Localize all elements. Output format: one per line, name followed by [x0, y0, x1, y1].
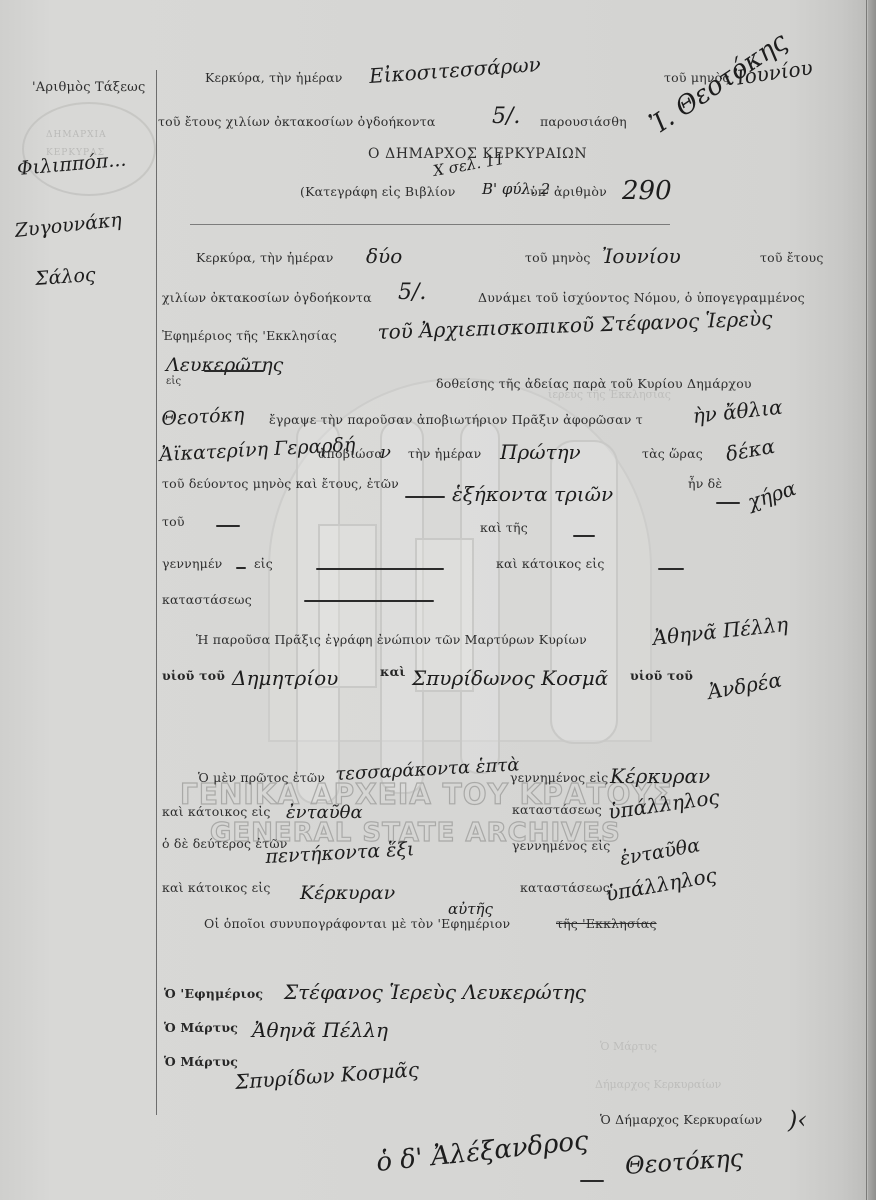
- body-day-label: τὴν ἡμέραν: [408, 446, 481, 461]
- first-witness-occupation-label: καταστάσεως: [512, 802, 602, 817]
- priest-signature: Στέφανος Ἱερεὺς Λευκερώτης: [284, 980, 586, 1004]
- body-age-hand: ἑξήκοντα τριῶν: [452, 482, 613, 506]
- body-deceased-suffix: ν: [380, 442, 391, 463]
- body-status-hand: χήρα: [745, 476, 799, 514]
- body-resident-label: καὶ κάτοικος εἰς: [496, 556, 605, 571]
- mayor-signature-2: Θεοτόκης: [624, 1144, 744, 1180]
- first-witness-resident-hand: ἐνταῦθα: [286, 802, 363, 823]
- body-born-label: γεννημέν: [162, 556, 222, 571]
- body-hours-hand: δέκα: [724, 434, 777, 466]
- header-place-line: Κερκύρα, τὴν ἡμέραν: [205, 70, 343, 85]
- first-witness-resident-label: καὶ κάτοικος εἰς: [162, 804, 271, 819]
- body-month-hand: Ἰουνίου: [602, 244, 681, 268]
- header-day-hand: Εἰκοσιτεσσάρων: [368, 52, 541, 88]
- first-witness-age-label: Ὁ μὲν πρῶτος ἐτῶν: [198, 770, 325, 785]
- second-witness-resident-label: καὶ κάτοικος εἰς: [162, 880, 271, 895]
- body-year-hand: 5/.: [398, 280, 426, 305]
- priest-signature-label: Ὁ 'Εφημέριος: [164, 986, 263, 1001]
- cosign-text: Οἱ ὁποῖοι συνυπογράφονται μὲ τὸν 'Εφημέρ…: [204, 916, 510, 931]
- dash-stroke: [573, 535, 595, 537]
- body-hand-right-5: ὴν ἄθλια: [691, 395, 783, 428]
- dash-stroke: [405, 496, 445, 498]
- witness2-signature: Σπυρίδων Κοσμᾶς: [234, 1057, 419, 1094]
- body-priest-label: Ἐφημέριος τῆς 'Εκκλησίας: [162, 328, 337, 343]
- body-law-text: Δυνάμει τοῦ ἰσχύοντος Νόμου, ὁ ὑπογεγραμ…: [478, 290, 805, 305]
- mayor-signature-label: Ὁ Δήμαρχος Κερκυραίων: [600, 1112, 762, 1127]
- body-hours-label: τὰς ὥρας: [642, 446, 703, 461]
- dash-stroke: [580, 1180, 604, 1182]
- body-born-in-label: εἰς: [254, 556, 273, 571]
- body-son-of-label-2: υἱοῦ τοῦ: [630, 668, 693, 683]
- witness2-signature-label: Ὁ Μάρτυς: [164, 1054, 238, 1069]
- dash-stroke: [304, 600, 434, 602]
- margin-handwritten-2: Ζυγουνάκη: [14, 209, 123, 242]
- body-year-label: τοῦ ἔτους: [760, 250, 824, 265]
- body-father-label: τοῦ: [162, 514, 185, 529]
- body-witnesses-hand: Ἀθηνᾶ Πέλλη: [651, 612, 789, 650]
- witness1-signature-label: Ὁ Μάρτυς: [164, 1020, 238, 1035]
- second-witness-born-label: γεννημένος εἰς: [512, 838, 611, 853]
- body-son-of-label-1: υἱοῦ τοῦ: [162, 668, 225, 683]
- body-mother-label: καὶ τῆς: [480, 520, 528, 535]
- body-day-hand: δύο: [366, 244, 402, 268]
- first-witness-born-hand: Κέρκυραν: [610, 764, 710, 788]
- body-permission-text: δοθείσης τῆς ἀδείας παρὰ τοῦ Κυρίου Δημά…: [436, 376, 752, 391]
- cosign-struck-text: τῆς 'Εκκλησίας: [556, 916, 657, 931]
- body-son-of-hand-2: Σπυρίδωνος Κοσμᾶ: [412, 666, 608, 690]
- header-presented-label: παρουσιάσθη: [540, 114, 627, 129]
- first-witness-born-label: γεννημένος εἰς: [510, 770, 609, 785]
- body-and-label: καὶ: [380, 664, 406, 679]
- body-witnesses-text: Ἡ παροῦσα Πρᾶξις ἐγράφη ἐνώπιον τῶν Μαρτ…: [196, 632, 587, 647]
- header-registry-number: 290: [622, 176, 672, 206]
- body-act-text: ἔγραψε τὴν παροῦσαν ἀποβιωτήριον Πρᾶξιν …: [269, 412, 643, 427]
- mayor-signature-paraph: )‹: [788, 1106, 807, 1134]
- dash-stroke: [658, 568, 684, 570]
- header-registry-line: (Κατεγράφη εἰς Βιβλίον: [300, 184, 456, 199]
- mayor-signature-1: ὁ δ' Ἀλέξανδρος: [375, 1126, 590, 1178]
- dash-stroke: [216, 525, 240, 527]
- body-occupation-label: καταστάσεως: [162, 592, 252, 607]
- header-year-line: τοῦ ἔτους χιλίων ὀκτακοσίων ὀγδοήκοντα: [158, 114, 435, 129]
- second-witness-resident-hand: Κέρκυραν: [300, 882, 395, 904]
- second-witness-born-hand: ἐνταῦθα: [618, 834, 702, 870]
- body-age-label: τοῦ δεύοντος μηνὸς καὶ ἔτους, ἐτῶν: [162, 476, 399, 491]
- body-prefix-eis: εἰς: [166, 376, 181, 387]
- body-church-hand: τοῦ Ἀρχιεπισκοπικοῦ Στέφανος Ἱερεὺς: [377, 306, 773, 344]
- municipal-stamp: ΔΗΜΑΡΧΙΑ ΚΕΡΚΥΡΑΣ: [22, 102, 156, 196]
- body-deceased-label: ἀποβιώσα: [318, 446, 383, 461]
- page-edge-line: [866, 0, 867, 1200]
- body-church-hand-2: Λευκερῶτης: [166, 354, 283, 376]
- body-year-text: χιλίων ὀκτακοσίων ὀγδοήκοντα: [162, 290, 372, 305]
- show-through-text: Δήμαρχος Κερκυραίων: [595, 1078, 721, 1091]
- header-year-hand: 5/.: [492, 104, 520, 129]
- document-page: ΓΕΝΙΚΑ ΑΡΧΕΙΑ ΤΟΥ ΚΡΑΤΟΥΣ GENERAL STATE …: [0, 0, 876, 1200]
- body-status-label: ἦν δὲ: [688, 476, 722, 491]
- body-son-of-hand-1: Δημητρίου: [232, 666, 338, 690]
- cosign-hand: αὐτῆς: [448, 900, 493, 918]
- margin-label: 'Αριθμὸς Τάξεως: [32, 80, 145, 95]
- underline-stroke: [204, 370, 264, 372]
- page-edge: [868, 0, 876, 1200]
- margin-handwritten-3: Σάλος: [34, 264, 96, 290]
- body-place: Κερκύρα, τὴν ἡμέραν: [196, 250, 334, 265]
- second-witness-occupation-label: καταστάσεως: [520, 880, 610, 895]
- section-divider: [190, 224, 670, 225]
- show-through-text: Ὁ Μάρτυς: [600, 1040, 657, 1053]
- body-hand-left-5: Θεοτόκη: [161, 404, 245, 430]
- body-death-day-hand: Πρώτην: [500, 440, 581, 464]
- header-registry-number-label: ὑπ' ἀριθμὸν: [530, 184, 607, 199]
- dash-stroke: [236, 567, 246, 569]
- margin-rule: [156, 70, 157, 1115]
- dash-stroke: [316, 568, 444, 570]
- body-month-label: τοῦ μηνὸς: [525, 250, 591, 265]
- body-son-of-hand-3: Ἀνδρέα: [706, 667, 784, 704]
- witness1-signature: Ἀθηνᾶ Πέλλη: [252, 1018, 388, 1042]
- watermark-logo-panel-1: [318, 524, 377, 688]
- dash-stroke: [716, 502, 740, 504]
